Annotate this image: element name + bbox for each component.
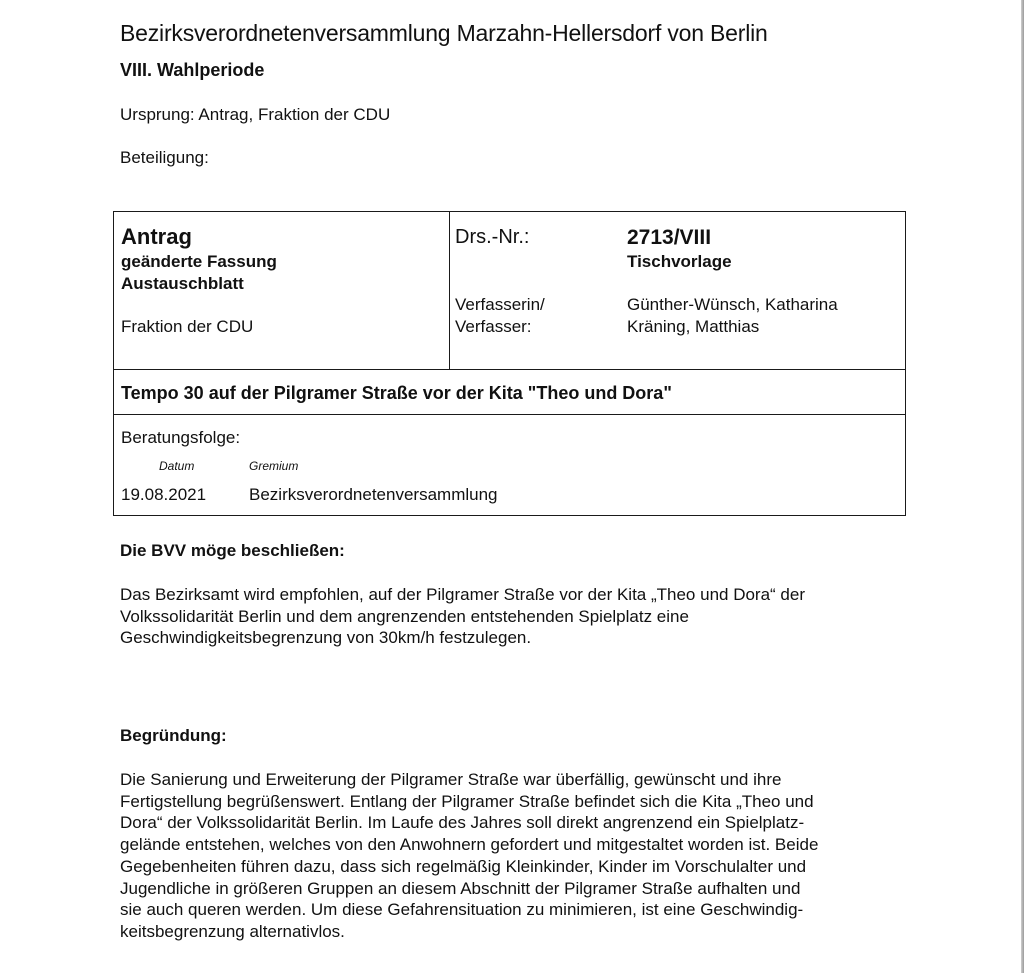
origin-line: Ursprung: Antrag, Fraktion der CDU bbox=[120, 105, 390, 125]
drs-note: Tischvorlage bbox=[627, 252, 732, 272]
document-info-table: Antrag geänderte Fassung Austauschblatt … bbox=[113, 211, 906, 516]
document-variant: geänderte Fassung bbox=[121, 252, 277, 272]
consultation-body: Bezirksverordnetenversammlung bbox=[249, 485, 498, 505]
author-label: Verfasserin/ bbox=[455, 295, 545, 315]
reasoning-text: Die Sanierung und Erweiterung der Pilgra… bbox=[120, 769, 900, 943]
reasoning-line: Fertigstellung begrüßenswert. Entlang de… bbox=[120, 791, 900, 813]
reasoning-line: sie auch queren werden. Um diese Gefahre… bbox=[120, 899, 900, 921]
drs-number-label: Drs.-Nr.: bbox=[455, 226, 529, 249]
submitting-faction: Fraktion der CDU bbox=[121, 317, 253, 337]
consultation-date: 19.08.2021 bbox=[121, 485, 206, 505]
column-divider bbox=[449, 212, 450, 369]
author-name: Kräning, Matthias bbox=[627, 317, 759, 337]
reasoning-line: Gegebenheiten führen dazu, dass sich reg… bbox=[120, 856, 900, 878]
motion-subject: Tempo 30 auf der Pilgramer Straße vor de… bbox=[121, 383, 672, 404]
reasoning-line: Jugendliche in größeren Gruppen an diese… bbox=[120, 878, 900, 900]
reasoning-line: Dora“ der Volkssolidarität Berlin. Im La… bbox=[120, 812, 900, 834]
drs-number: 2713/VIII bbox=[627, 226, 711, 250]
resolution-line: Das Bezirksamt wird empfohlen, auf der P… bbox=[120, 584, 900, 606]
resolution-line: Volkssolidarität Berlin und dem angrenze… bbox=[120, 606, 900, 628]
document-type: Antrag bbox=[121, 224, 192, 250]
reasoning-line: Die Sanierung und Erweiterung der Pilgra… bbox=[120, 769, 900, 791]
consultation-label: Beratungsfolge: bbox=[121, 428, 240, 448]
column-header-date: Datum bbox=[159, 459, 194, 473]
reasoning-line: keitsbegrenzung alternativlos. bbox=[120, 921, 900, 943]
organization-title: Bezirksverordnetenversammlung Marzahn-He… bbox=[120, 20, 768, 47]
row-divider-header bbox=[114, 369, 905, 370]
resolution-text: Das Bezirksamt wird empfohlen, auf der P… bbox=[120, 584, 900, 649]
participation-line: Beteiligung: bbox=[120, 148, 209, 168]
resolution-heading: Die BVV möge beschließen: bbox=[120, 541, 345, 561]
author-name: Günther-Wünsch, Katharina bbox=[627, 295, 838, 315]
column-header-body: Gremium bbox=[249, 459, 298, 473]
author-label: Verfasser: bbox=[455, 317, 532, 337]
reasoning-line: gelände entstehen, welches von den Anwoh… bbox=[120, 834, 900, 856]
reasoning-heading: Begründung: bbox=[120, 726, 227, 746]
document-variant: Austauschblatt bbox=[121, 274, 244, 294]
election-period: VIII. Wahlperiode bbox=[120, 60, 264, 81]
resolution-line: Geschwindigkeitsbegrenzung von 30km/h fe… bbox=[120, 627, 900, 649]
row-divider-subject bbox=[114, 414, 905, 415]
